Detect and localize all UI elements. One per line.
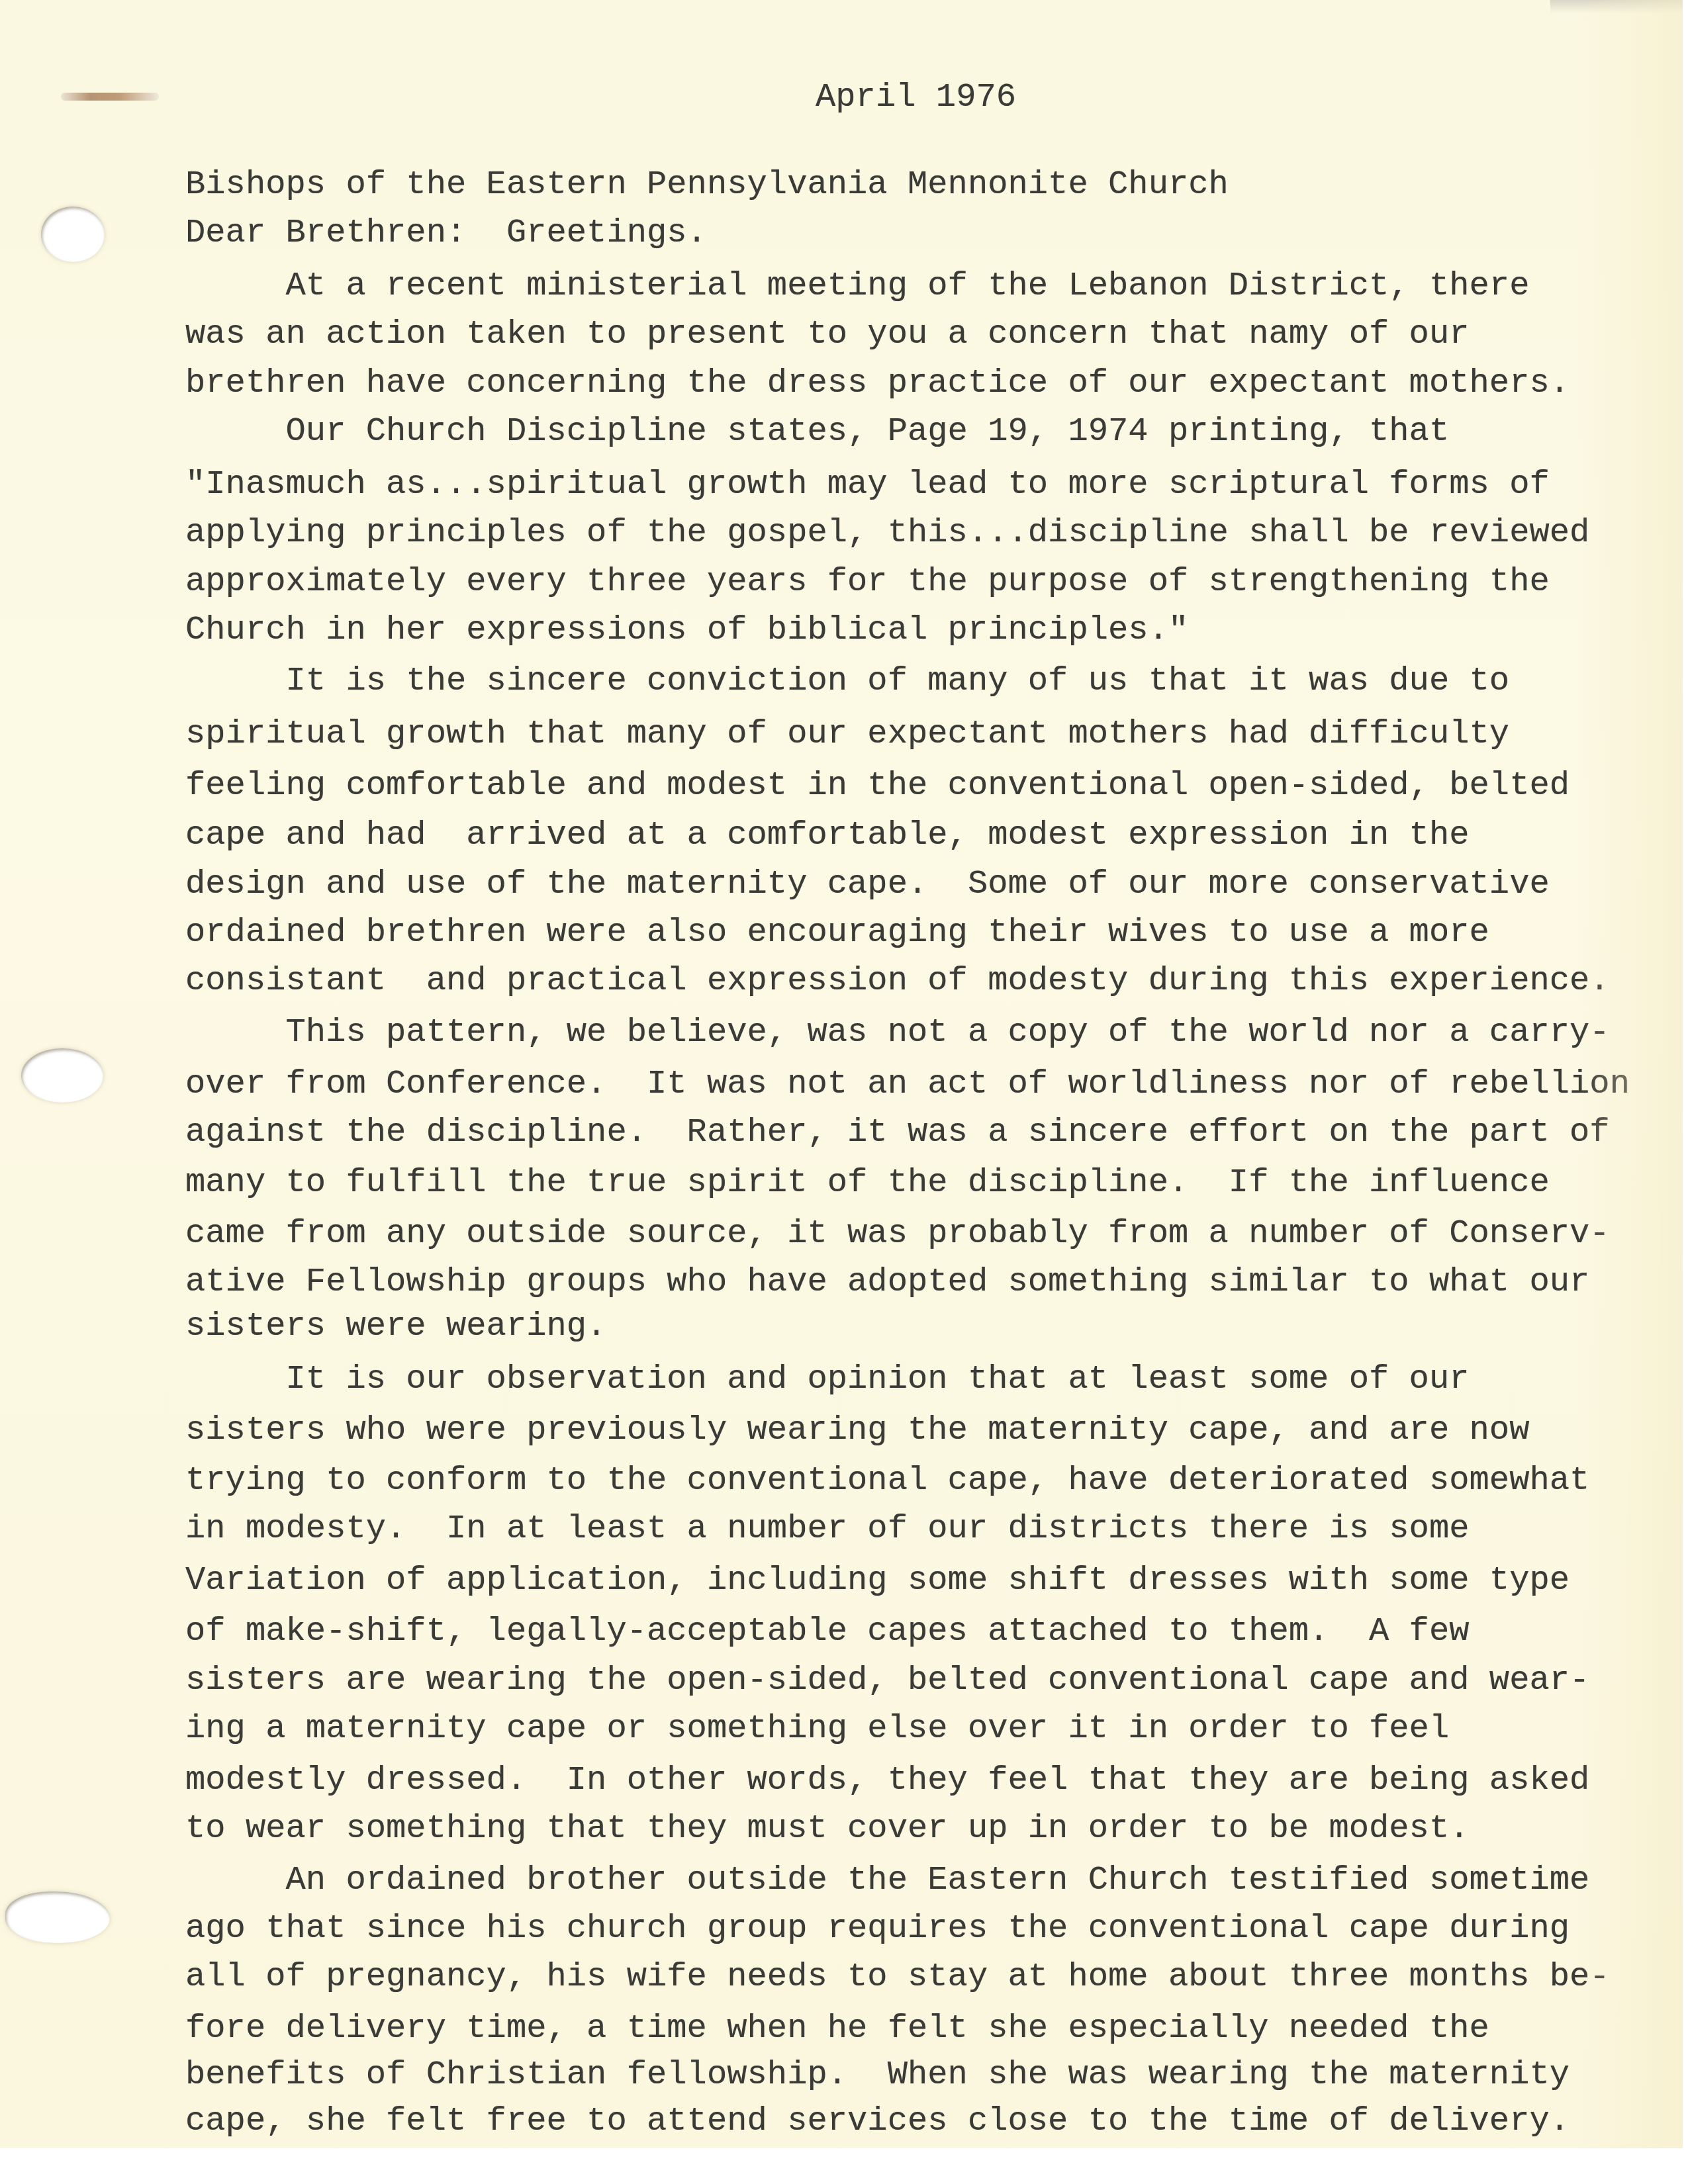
page-edge-shadow (1550, 0, 1683, 13)
body-line: to wear something that they must cover u… (185, 1809, 1470, 1849)
punch-hole-middle (21, 1048, 103, 1103)
body-line: over from Conference. It was not an act … (185, 1065, 1630, 1105)
body-line: cape and had arrived at a comfortable, m… (185, 816, 1470, 856)
body-line: consistant and practical expression of m… (185, 962, 1610, 1001)
body-line: Our Church Discipline states, Page 19, 1… (185, 412, 1449, 452)
body-line: many to fulfill the true spirit of the d… (185, 1163, 1550, 1203)
body-line: ing a maternity cape or something else o… (185, 1709, 1449, 1749)
body-line: against the discipline. Rather, it was a… (185, 1113, 1610, 1153)
letter-salutation: Dear Brethren: Greetings. (185, 214, 707, 253)
body-line: approximately every three years for the … (185, 563, 1550, 602)
body-line: An ordained brother outside the Eastern … (185, 1861, 1589, 1901)
document-page: April 1976 Bishops of the Eastern Pennsy… (0, 0, 1683, 2148)
body-line: modestly dressed. In other words, they f… (185, 1761, 1589, 1801)
body-line: sisters who were previously wearing the … (185, 1411, 1529, 1451)
body-line: At a recent ministerial meeting of the L… (185, 267, 1529, 306)
body-line: came from any outside source, it was pro… (185, 1214, 1610, 1254)
body-line: Church in her expressions of biblical pr… (185, 611, 1188, 651)
body-line: design and use of the maternity cape. So… (185, 865, 1550, 905)
body-line: It is our observation and opinion that a… (185, 1360, 1470, 1400)
body-line: ative Fellowship groups who have adopted… (185, 1263, 1589, 1302)
body-line: trying to conform to the conventional ca… (185, 1461, 1589, 1501)
body-line: all of pregnancy, his wife needs to stay… (185, 1958, 1610, 1997)
body-line: ordained brethren were also encouraging … (185, 913, 1489, 953)
body-line: spiritual growth that many of our expect… (185, 715, 1509, 754)
body-line: applying principles of the gospel, this.… (185, 514, 1589, 553)
punch-hole-bottom (5, 1891, 110, 1943)
body-line: feeling comfortable and modest in the co… (185, 766, 1570, 806)
body-line: in modesty. In at least a number of our … (185, 1510, 1470, 1549)
body-line: of make-shift, legally-acceptable capes … (185, 1612, 1470, 1652)
body-line: was an action taken to present to you a … (185, 315, 1470, 355)
staple-mark (61, 93, 159, 101)
letter-date: April 1976 (816, 78, 1016, 118)
body-line: sisters are wearing the open-sided, belt… (185, 1661, 1589, 1701)
body-line: "Inasmuch as...spiritual growth may lead… (185, 465, 1550, 505)
body-line: brethren have concerning the dress pract… (185, 364, 1570, 404)
body-line: Variation of application, including some… (185, 1561, 1570, 1601)
body-line: sisters were wearing. (185, 1307, 606, 1347)
body-line: This pattern, we believe, was not a copy… (185, 1013, 1610, 1053)
body-line: benefits of Christian fellowship. When s… (185, 2056, 1570, 2095)
body-line: fore delivery time, a time when he felt … (185, 2009, 1489, 2049)
body-line: It is the sincere conviction of many of … (185, 662, 1509, 702)
body-line: ago that since his church group requires… (185, 1909, 1570, 1949)
punch-hole-top (41, 206, 105, 262)
letter-addressee: Bishops of the Eastern Pennsylvania Menn… (185, 165, 1229, 205)
body-line: cape, she felt free to attend services c… (185, 2102, 1570, 2142)
